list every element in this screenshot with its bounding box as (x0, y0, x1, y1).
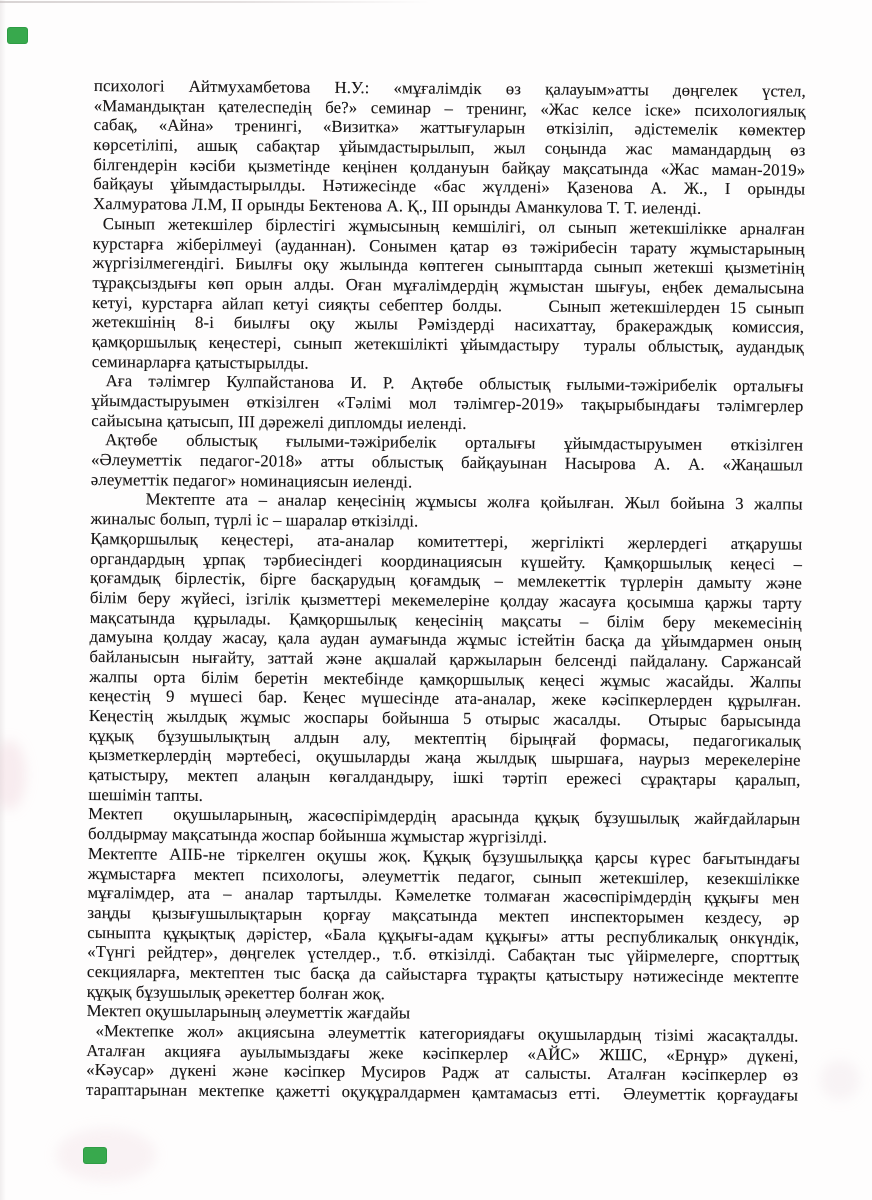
scanned-page: психологі Айтмухамбетова Н.У.: «мұғалімд… (0, 0, 872, 1200)
paragraph: Сынып жетекшілер бірлестігі жұмысының ке… (92, 214, 805, 377)
scan-smudge (0, 740, 26, 810)
paragraph: Қамқоршылық кеңестері, ата-аналар комите… (88, 529, 802, 810)
scan-edge-artifact (0, 0, 6, 1200)
paragraph: Мектепте АІІБ-не тіркелген оқушы жоқ. Құ… (87, 844, 800, 1007)
document-text: психологі Айтмухамбетова Н.У.: «мұғалімд… (86, 76, 806, 1105)
green-annotation-mark-icon (7, 27, 28, 44)
scan-edge-artifact (0, 1, 430, 3)
scan-smudge (820, 1060, 860, 1100)
paragraph: Мектепте ата – аналар кеңесінің жұмысы ж… (90, 489, 802, 534)
paragraph: «Мектепке жол» акциясына әлеуметтік кате… (86, 1021, 799, 1105)
paragraph: психологі Айтмухамбетова Н.У.: «мұғалімд… (93, 76, 806, 219)
green-annotation-mark-icon (83, 1147, 107, 1164)
text-line: тараптарынан мектепке қажетті оқуқұралда… (86, 1080, 798, 1105)
paragraph: Ақтөбе облыстық ғылыми-тәжірибелік ортал… (91, 430, 803, 495)
paragraph: Аға тәлімгер Кулпайстанова И. Р. Ақтөбе … (91, 371, 803, 436)
paragraph: Мектеп оқушыларының, жасөспірімдердің ар… (88, 804, 800, 849)
